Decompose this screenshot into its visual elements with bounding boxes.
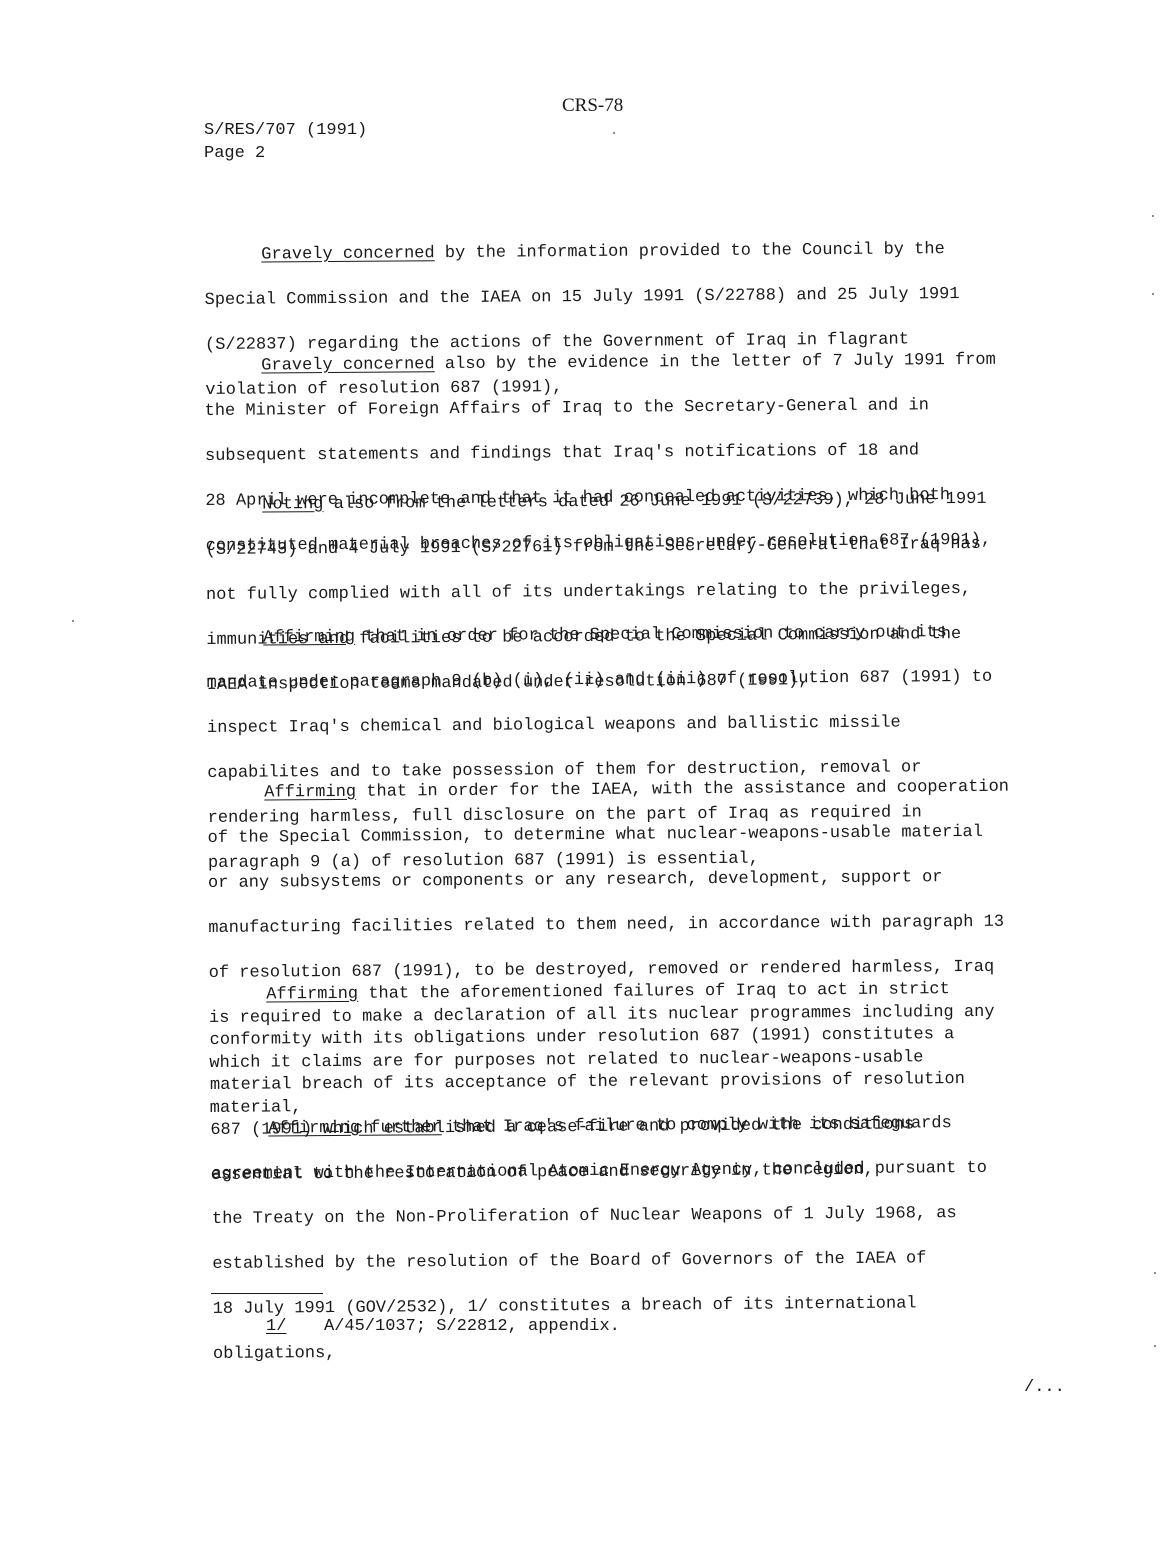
paragraph-line: Special Commission and the IAEA on 15 Ju…: [205, 283, 1075, 312]
paragraph-lead: Gravely concerned: [261, 355, 435, 375]
scan-speck: [1152, 293, 1154, 295]
paragraph-line: (S/22743) and 4 July 1991 (S/22761) from…: [206, 533, 1076, 562]
crs-page-number: CRS-78: [562, 95, 623, 117]
paragraph-line: or any subsystems or components or any r…: [208, 866, 1078, 895]
paragraph-lead: Affirming further: [268, 1118, 442, 1138]
footnote-marker: 1/: [266, 1317, 324, 1336]
paragraph-line: also by the evidence in the letter of 7 …: [435, 350, 996, 373]
paragraph-line: that Iraq's failure to comply with its s…: [442, 1114, 952, 1137]
paragraph-lead: Gravely concerned: [261, 244, 435, 264]
paragraph-line: the Treaty on the Non-Proliferation of N…: [212, 1202, 1082, 1231]
paragraph-lead: Affirming: [264, 782, 356, 802]
paragraph-lead: Noting: [262, 495, 323, 514]
scan-speck: [72, 620, 74, 622]
scan-speck: [1154, 1272, 1156, 1274]
page-label: Page 2: [204, 142, 367, 165]
paragraph-line: subsequent statements and findings that …: [205, 439, 1075, 468]
paragraph-line: established by the resolution of the Boa…: [212, 1247, 1082, 1276]
paragraph-line: by the information provided to the Counc…: [435, 240, 945, 263]
footnote-separator: [211, 1293, 323, 1294]
document-page: CRS-78 S/RES/707 (1991) Page 2 Gravely c…: [0, 0, 1166, 1550]
paragraph-line: mandate under paragraph 9 (b) (i), (ii) …: [207, 666, 1077, 695]
document-header: S/RES/707 (1991) Page 2: [204, 119, 367, 165]
paragraph-line: obligations,: [213, 1337, 1083, 1366]
paragraph-line: inspect Iraq's chemical and biological w…: [207, 711, 1077, 740]
paragraph-lead: Affirming: [266, 984, 358, 1004]
paragraph-line: that in order for the IAEA, with the ass…: [356, 777, 1009, 801]
paragraph-line: that in order for the Special Commission…: [355, 623, 947, 647]
document-symbol: S/RES/707 (1991): [204, 119, 367, 142]
scan-speck: [1154, 1345, 1156, 1347]
scan-speck: [613, 132, 615, 134]
footnote: 1/A/45/1037; S/22812, appendix.: [266, 1317, 620, 1336]
paragraph-line: the Minister of Foreign Affairs of Iraq …: [205, 394, 1075, 423]
paragraph-lead: Affirming: [263, 627, 355, 647]
continued-marker: /...: [1024, 1378, 1065, 1397]
paragraph-affirming-further: Affirming further that Iraq's failure to…: [211, 1089, 1083, 1388]
paragraph-line: of the Special Commission, to determine …: [208, 821, 1078, 850]
paragraph-line: conformity with its obligations under re…: [210, 1023, 1080, 1052]
paragraph-line: also from the letters dated 26 June 1991…: [323, 489, 986, 513]
scan-speck: [1152, 215, 1154, 217]
paragraph-line: manufacturing facilities related to them…: [208, 911, 1078, 940]
footnote-text: A/45/1037; S/22812, appendix.: [324, 1317, 620, 1336]
paragraph-line: agreement with the International Atomic …: [212, 1157, 1082, 1186]
paragraph-line: that the aforementioned failures of Iraq…: [358, 980, 950, 1004]
